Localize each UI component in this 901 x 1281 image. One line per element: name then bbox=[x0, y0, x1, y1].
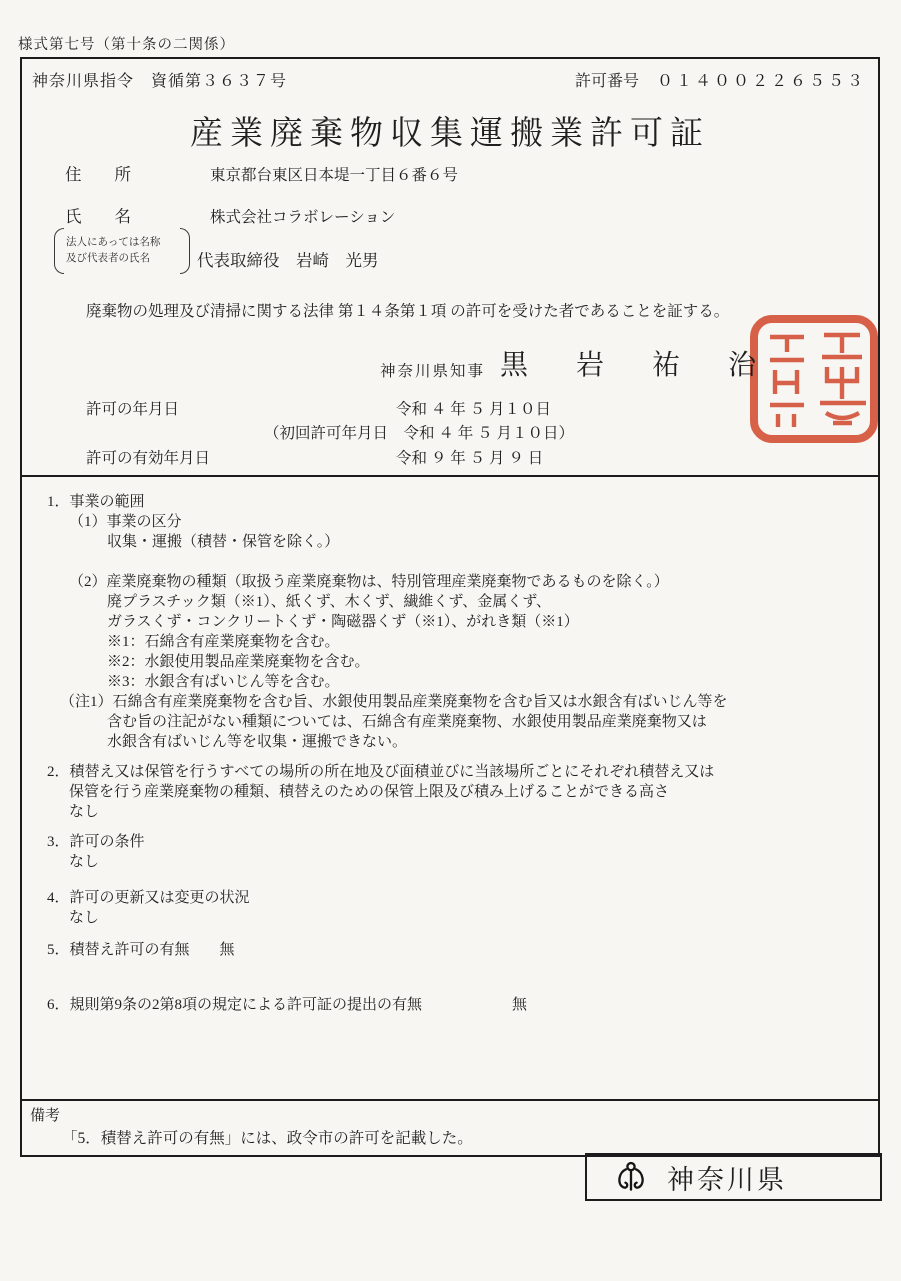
governor-name: 黒 岩 祐 治 bbox=[500, 343, 766, 383]
body-line: 6．規則第9条の2第8項の規定による許可証の提出の有無 無 bbox=[47, 995, 878, 1015]
address-label: 住 所 bbox=[65, 161, 131, 185]
name-value: 株式会社コラボレーション bbox=[210, 205, 395, 227]
remarks-text: 「5．積替え許可の有無」には、政令市の許可を記載した。 bbox=[62, 1126, 473, 1148]
valid-date-value: 令和 ９ 年 ５ 月 ９ 日 bbox=[396, 446, 543, 468]
body-line: 収集・運搬（積替・保管を除く。） bbox=[107, 532, 878, 552]
first-permit-date: （初回許可年月日 令和 ４ 年 ５ 月１０日） bbox=[264, 421, 574, 443]
body-line: （1）事業の区分 bbox=[69, 512, 878, 532]
body-line: 1．事業の範囲 bbox=[47, 492, 878, 512]
body-line: 3．許可の条件 bbox=[47, 832, 878, 852]
valid-date-label: 許可の有効年月日 bbox=[86, 446, 210, 468]
permit-date-value: 令和 ４ 年 ５ 月１０日 bbox=[396, 397, 551, 419]
body-line: 4．許可の更新又は変更の状況 bbox=[47, 888, 878, 908]
body-section: 1．事業の範囲（1）事業の区分収集・運搬（積替・保管を除く。）（2）産業廃棄物の… bbox=[22, 478, 878, 1015]
document-title: 産業廃棄物収集運搬業許可証 bbox=[22, 107, 878, 154]
document-frame: 神奈川県指令 資循第３６３７号 許可番号０１４００２２６５５３ 産業廃棄物収集運… bbox=[20, 57, 880, 1157]
body-line: 廃プラスチック類（※1）、紙くず、木くず、繊維くず、金属くず、 bbox=[107, 592, 878, 612]
corporate-note-bracket: 法人にあっては名称 及び代表者の氏名 bbox=[54, 228, 190, 274]
corporate-note-line1: 法人にあっては名称 bbox=[66, 235, 178, 251]
body-line: （注1）石綿含有産業廃棄物を含む旨、水銀使用製品産業廃棄物を含む旨又は水銀含有ば… bbox=[60, 692, 878, 712]
prefecture-name: 神奈川県 bbox=[667, 1158, 787, 1197]
body-line: （2）産業廃棄物の種類（取扱う産業廃棄物は、特別管理産業廃棄物であるものを除く。… bbox=[69, 572, 878, 592]
remarks-label: 備考 bbox=[30, 1104, 60, 1125]
body-line: ※3：水銀含有ばいじん等を含む。 bbox=[107, 672, 878, 692]
body-line: 保管を行う産業廃棄物の種類、積替えのための保管上限及び積み上げることができる高さ bbox=[69, 782, 878, 802]
certification-statement: 廃棄物の処理及び清掃に関する法律 第１４条第１項 の許可を受けた者であることを証… bbox=[86, 299, 729, 321]
governor-title: 神奈川県知事 bbox=[380, 359, 485, 381]
body-line: ※2：水銀使用製品産業廃棄物を含む。 bbox=[107, 652, 878, 672]
representative-name: 代表取締役 岩崎 光男 bbox=[197, 247, 379, 271]
address-value: 東京都台東区日本堤一丁目６番６号 bbox=[210, 163, 458, 185]
permit-date-label: 許可の年月日 bbox=[86, 397, 179, 419]
body-line: なし bbox=[69, 802, 878, 822]
permit-number-label: 許可番号 bbox=[575, 73, 639, 90]
name-label: 氏 名 bbox=[65, 203, 131, 227]
body-line: 5．積替え許可の有無 無 bbox=[47, 940, 878, 960]
prefecture-footer-box: 神奈川県 bbox=[585, 1153, 882, 1201]
body-line: ※1：石綿含有産業廃棄物を含む。 bbox=[107, 632, 878, 652]
body-line: 2．積替え又は保管を行うすべての場所の所在地及び面積並びに当該場所ごとにそれぞれ… bbox=[47, 762, 878, 782]
section-divider bbox=[20, 475, 880, 477]
permit-number-value: ０１４００２２６５５３ bbox=[657, 73, 866, 90]
governor-seal-icon bbox=[748, 313, 880, 445]
body-line: ガラスくず・コンクリートくず・陶磁器くず（※1）、がれき類（※1） bbox=[107, 612, 878, 632]
corporate-note-line2: 及び代表者の氏名 bbox=[66, 251, 178, 267]
directive-number: 神奈川県指令 資循第３６３７号 bbox=[32, 68, 287, 91]
body-line: 水銀含有ばいじん等を収集・運搬できない。 bbox=[107, 732, 878, 752]
body-line: なし bbox=[69, 908, 878, 928]
body-line: 含む旨の注記がない種類については、石綿含有産業廃棄物、水銀使用製品産業廃棄物又は bbox=[107, 712, 878, 732]
remarks-divider bbox=[20, 1099, 880, 1101]
kanagawa-emblem-icon bbox=[613, 1159, 649, 1195]
form-note: 様式第七号（第十条の二関係） bbox=[18, 33, 235, 54]
body-line: なし bbox=[69, 852, 878, 872]
permit-number-row: 許可番号０１４００２２６５５３ bbox=[575, 68, 866, 91]
